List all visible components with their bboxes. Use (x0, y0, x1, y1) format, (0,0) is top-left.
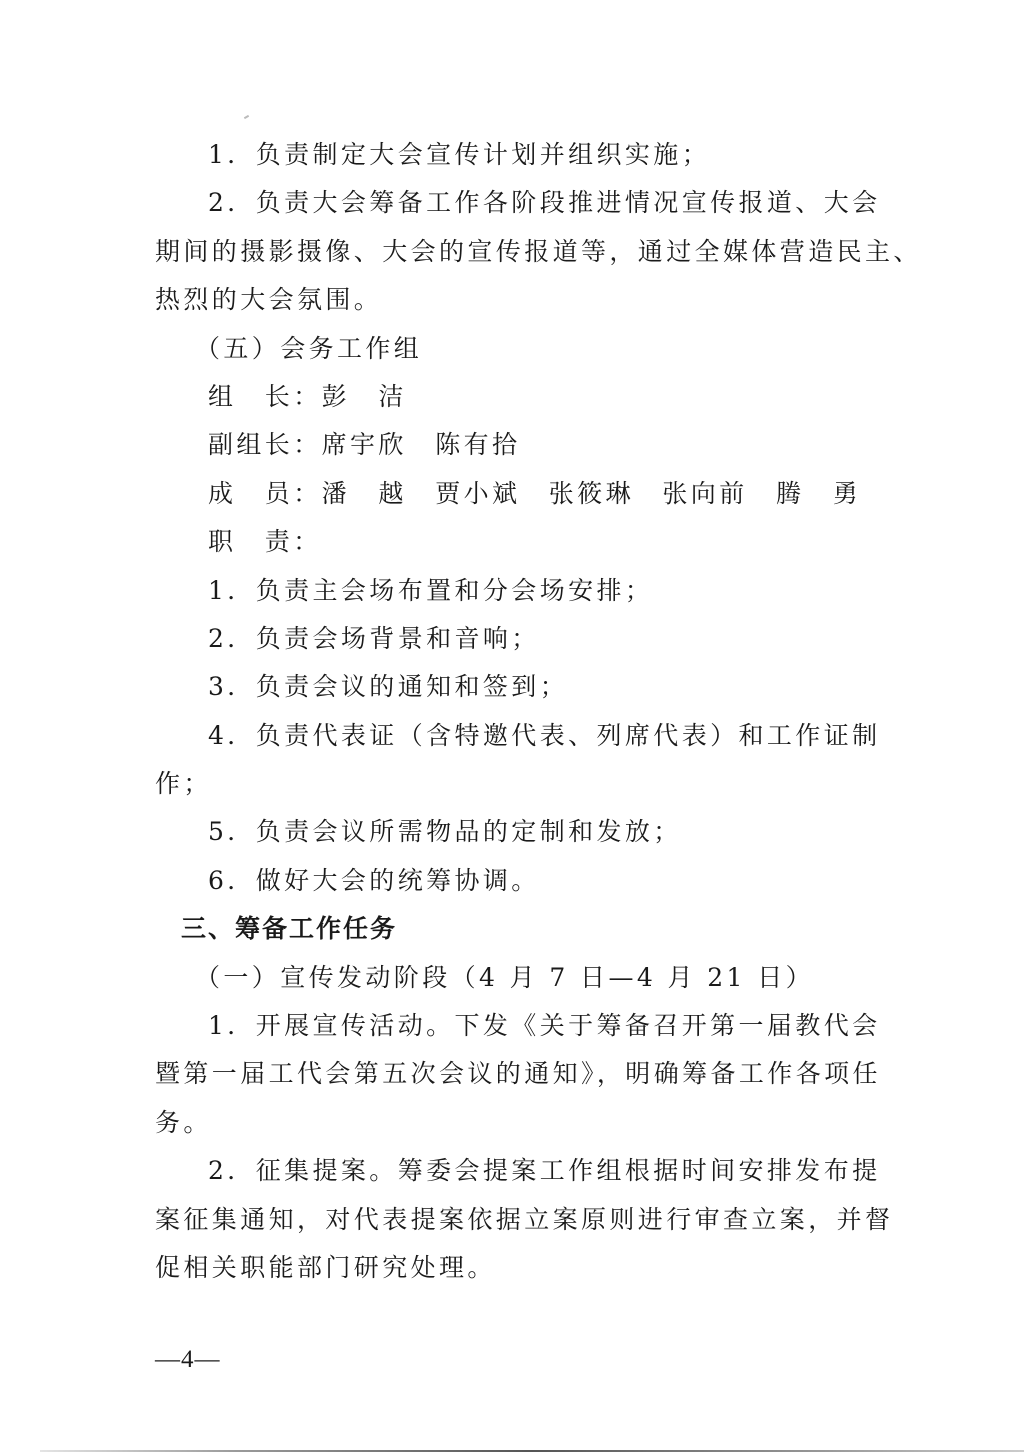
task-item: 2．征集提案。筹委会提案工作组根据时间安排发布提 (155, 1147, 871, 1195)
members-label: 成 员： (208, 479, 322, 508)
deputy-label: 副组长： (208, 430, 322, 459)
member-names: 潘 越 贾小斌 张筱琳 张向前 腾 勇 (322, 479, 862, 508)
document-page: 1．负责制定大会宣传计划并组织实施； 2．负责大会筹备工作各阶段推进情况宣传报道… (0, 0, 1024, 1454)
duty-item-continuation: 作； (155, 760, 871, 808)
task-item-continuation: 案征集通知，对代表提案依据立案原则进行审查立案，并督 (155, 1196, 871, 1244)
task-item-continuation: 务。 (155, 1099, 871, 1147)
scan-speck (244, 115, 249, 119)
group-title: （五）会务工作组 (155, 325, 871, 373)
stage-title: （一）宣传发动阶段（4 月 7 日—4 月 21 日） (155, 954, 871, 1002)
duty-item: 4．负责代表证（含特邀代表、列席代表）和工作证制 (155, 712, 871, 760)
duty-item: 6．做好大会的统筹协调。 (155, 857, 871, 905)
duty-item: 2．负责大会筹备工作各阶段推进情况宣传报道、大会 (155, 179, 871, 227)
duty-item: 2．负责会场背景和音响； (155, 615, 871, 663)
group-leader-row: 组 长：彭 洁 (155, 373, 871, 421)
task-item: 1．开展宣传活动。下发《关于筹备召开第一届教代会 (155, 1002, 871, 1050)
duty-item-continuation: 热烈的大会氛围。 (155, 276, 871, 324)
scan-edge-line (40, 1450, 1024, 1452)
group-deputy-row: 副组长：席宇欣 陈有拾 (155, 421, 871, 469)
task-item-continuation: 暨第一届工代会第五次会议的通知》，明确筹备工作各项任 (155, 1050, 871, 1098)
page-number: —4— (155, 1346, 221, 1374)
duty-item: 3．负责会议的通知和签到； (155, 663, 871, 711)
section-heading: 三、筹备工作任务 (155, 905, 871, 953)
document-body: 1．负责制定大会宣传计划并组织实施； 2．负责大会筹备工作各阶段推进情况宣传报道… (155, 131, 871, 1292)
duty-item: 1．负责制定大会宣传计划并组织实施； (155, 131, 871, 179)
leader-label: 组 长： (208, 382, 322, 411)
duty-item: 1．负责主会场布置和分会场安排； (155, 567, 871, 615)
task-item-continuation: 促相关职能部门研究处理。 (155, 1244, 871, 1292)
duty-item-continuation: 期间的摄影摄像、大会的宣传报道等，通过全媒体营造民主、 (155, 228, 871, 276)
deputy-names: 席宇欣 陈有拾 (322, 430, 521, 459)
group-duties-label: 职 责： (155, 518, 871, 566)
leader-name: 彭 洁 (322, 382, 407, 411)
group-members-row: 成 员：潘 越 贾小斌 张筱琳 张向前 腾 勇 (155, 470, 871, 518)
duty-item: 5．负责会议所需物品的定制和发放； (155, 808, 871, 856)
